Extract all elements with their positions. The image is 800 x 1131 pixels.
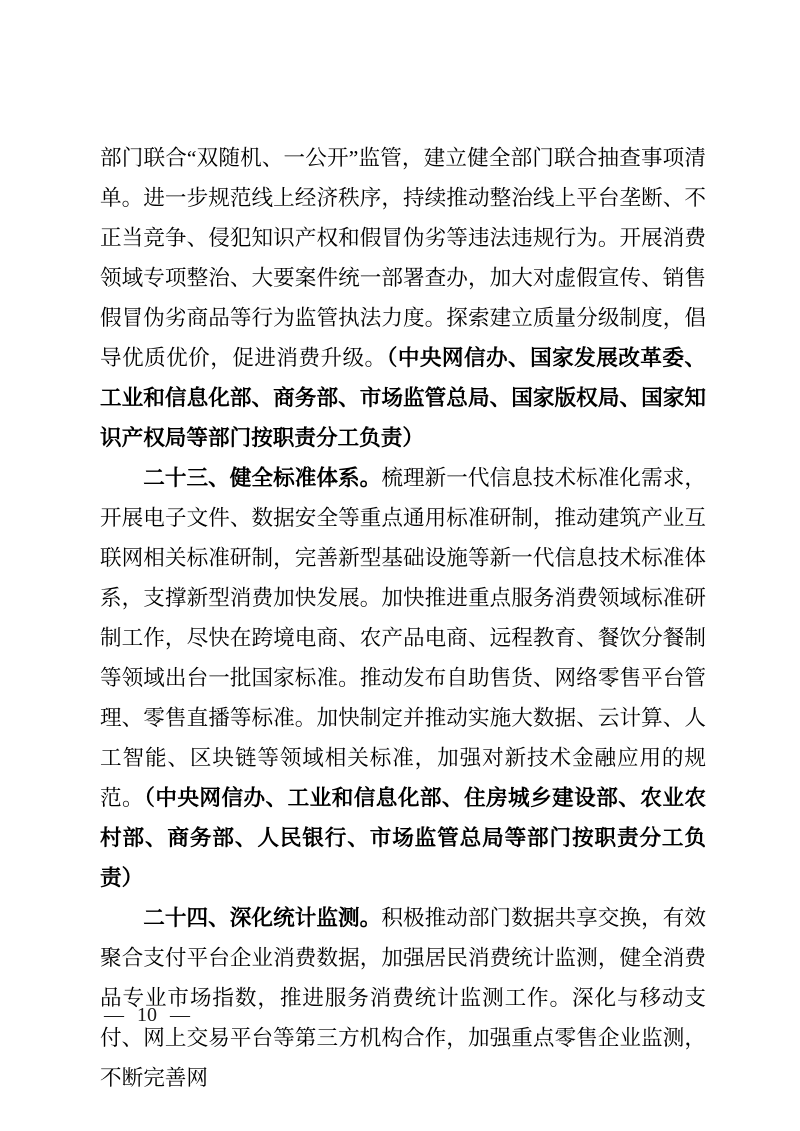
paragraph: 二十四、深化统计监测。积极推动部门数据共享交换，有效聚合支付平台企业消费数据，加… bbox=[100, 898, 706, 1098]
section-heading: 二十三、健全标准体系。 bbox=[143, 465, 381, 490]
paragraph: 部门联合“双随机、一公开”监管，建立健全部门联合抽查事项清单。进一步规范线上经济… bbox=[100, 138, 706, 458]
page-footer: — 10 — bbox=[104, 1002, 190, 1028]
page-number: — 10 — bbox=[104, 1004, 190, 1026]
body-text: 部门联合“双随机、一公开”监管，建立健全部门联合抽查事项清单。进一步规范线上经济… bbox=[100, 146, 706, 370]
body-text: 积极推动部门数据共享交换，有效聚合支付平台企业消费数据，加强居民消费统计监测，健… bbox=[100, 906, 706, 1090]
document-body: 部门联合“双随机、一公开”监管，建立健全部门联合抽查事项清单。进一步规范线上经济… bbox=[100, 138, 706, 1098]
paragraph: 二十三、健全标准体系。梳理新一代信息技术标准化需求，开展电子文件、数据安全等重点… bbox=[100, 458, 706, 898]
responsible-departments-note: （中央网信办、工业和信息化部、住房城乡建设部、农业农村部、商务部、人民银行、市场… bbox=[100, 786, 706, 890]
body-text: 梳理新一代信息技术标准化需求，开展电子文件、数据安全等重点通用标准研制，推动建筑… bbox=[100, 466, 706, 810]
section-heading: 二十四、深化统计监测。 bbox=[143, 905, 381, 930]
